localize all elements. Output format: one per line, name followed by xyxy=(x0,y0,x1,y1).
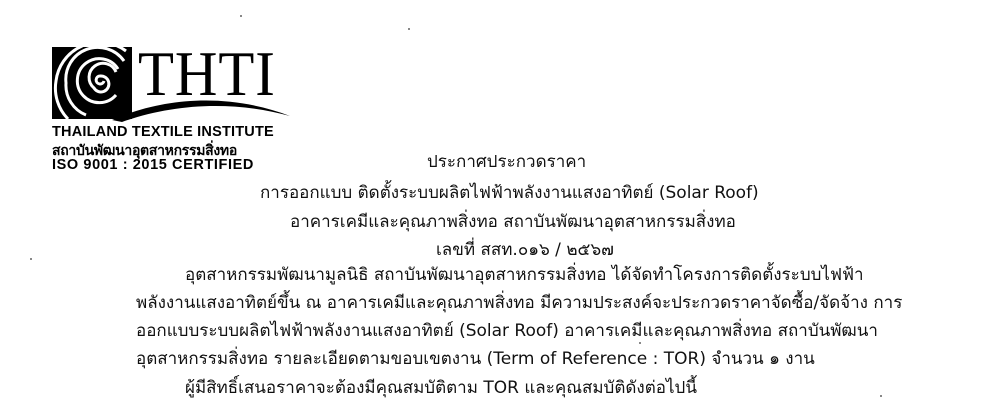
scan-speck xyxy=(408,28,410,30)
document-subject: การออกแบบ ติดตั้งระบบผลิตไฟฟ้าพลังงานแสง… xyxy=(260,182,759,204)
body-line: อุตสาหกรรมสิ่งทอ รายละเอียดตามขอบเขตงาน … xyxy=(136,348,815,370)
document-number: เลขที่ สสท.๐๑๖ / ๒๕๖๗ xyxy=(436,239,614,261)
scan-speck xyxy=(639,342,641,344)
body-line: อุตสาหกรรมพัฒนามูลนิธิ สถาบันพัฒนาอุตสาห… xyxy=(185,264,864,286)
scan-speck xyxy=(880,395,882,397)
body-line: ผู้มีสิทธิ์เสนอราคาจะต้องมีคุณสมบัติตาม … xyxy=(185,377,697,399)
logo-certification: ISO 9001 : 2015 CERTIFIED xyxy=(52,157,254,173)
body-line: พลังงานแสงอาทิตย์ขึ้น ณ อาคารเคมีและคุณภ… xyxy=(136,292,902,314)
logo-name-en: THAILAND TEXTILE INSTITUTE xyxy=(52,124,274,140)
scan-speck xyxy=(240,15,242,17)
scan-speck xyxy=(30,258,32,260)
body-line: ออกแบบระบบผลิตไฟฟ้าพลังงานแสงอาทิตย์ (So… xyxy=(136,320,878,342)
document-location: อาคารเคมีและคุณภาพสิ่งทอ สถาบันพัฒนาอุตส… xyxy=(290,211,736,233)
thti-logo: THTI THAILAND TEXTILE INSTITUTE สถาบันพั… xyxy=(52,46,292,176)
document-title: ประกาศประกวดราคา xyxy=(427,151,586,173)
swoosh-icon xyxy=(52,94,292,124)
